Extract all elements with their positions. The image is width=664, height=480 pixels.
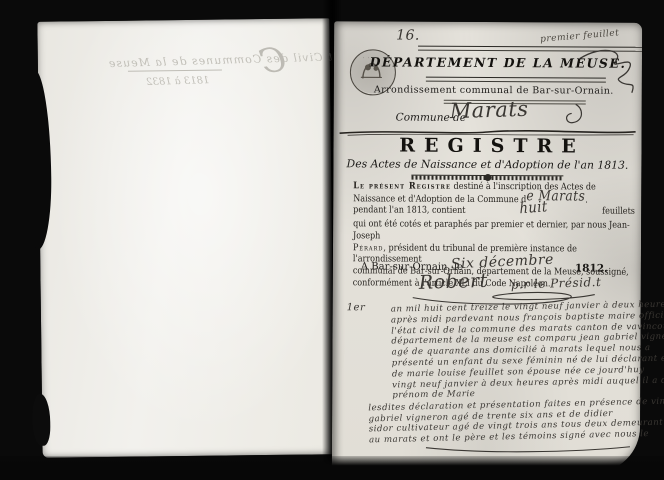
commune-flourish bbox=[550, 100, 586, 134]
president-name: Pérard bbox=[353, 242, 383, 253]
commune-name-handwritten: Marats bbox=[449, 97, 528, 123]
register-title: REGISTRE bbox=[333, 134, 641, 158]
act-handwritten-text: an mil huit cent treize le vingt neuf ja… bbox=[391, 300, 641, 401]
act-number: 1er bbox=[347, 302, 366, 313]
folio-number: 16. bbox=[396, 28, 420, 44]
declaration-line-3-post: feuillets bbox=[602, 206, 635, 220]
scanner-bottom-shadow bbox=[0, 456, 664, 480]
page-edge-tear bbox=[24, 70, 52, 250]
declaration-line-2-post: . bbox=[585, 194, 588, 205]
dateline-year: 1812. bbox=[575, 262, 608, 274]
page-edge-tear-small bbox=[32, 394, 51, 446]
bleed-through-rule bbox=[128, 70, 222, 72]
register-subtitle: Des Actes de Naissance et d'Adoption de … bbox=[333, 157, 641, 172]
ornament-center-dot bbox=[484, 174, 491, 181]
declaration-line-2-pre: Naissance et d'Adoption de la Commune d bbox=[353, 193, 526, 205]
signature-title: p.r le Présid.t bbox=[511, 275, 602, 292]
right-page: 16. premier feuillet · · · · DÉPARTEMENT… bbox=[332, 21, 642, 473]
ornament-divider bbox=[411, 175, 563, 181]
top-rule bbox=[418, 46, 642, 52]
bleed-through-swash: C bbox=[257, 39, 289, 82]
folio-count-handwritten: huit bbox=[520, 202, 549, 216]
declaration-line-3: pendant l'an 1813, contient huit feuille… bbox=[353, 205, 635, 220]
left-page: Etat Civil des Communes de la Meuse C 18… bbox=[37, 18, 334, 458]
witness-handwritten-text: lesdites déclaration et présentation fai… bbox=[368, 398, 625, 446]
signature-name: Robert bbox=[419, 270, 488, 294]
declaration-line-1: Le présent Registre destiné à l'inscript… bbox=[353, 180, 635, 193]
declaration-line-4: qui ont été cotés et paraphés par premie… bbox=[353, 218, 635, 243]
declaration-line-3-pre: pendant l'an 1813, contient bbox=[353, 205, 465, 219]
arrondissement-line: Arrondissement communal de Bar-sur-Ornai… bbox=[354, 84, 634, 96]
bleed-through-years: 1813 à 1832 bbox=[146, 75, 210, 88]
declaration-lead: Le présent Registre bbox=[353, 180, 451, 192]
department-heading: DÉPARTEMENT DE LA MEUSE. bbox=[368, 54, 628, 70]
department-rule bbox=[426, 77, 606, 83]
bleed-through-title: Etat Civil des Communes de la Meuse bbox=[108, 50, 355, 70]
marginal-note: premier feuillet bbox=[540, 28, 620, 44]
scanned-register-photo: Etat Civil des Communes de la Meuse C 18… bbox=[0, 0, 664, 480]
